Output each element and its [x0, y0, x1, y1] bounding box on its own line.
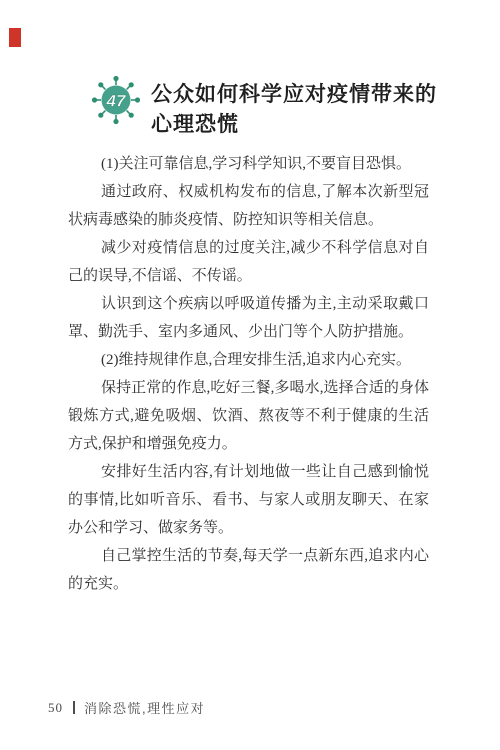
paragraph: 减少对疫情信息的过度关注,减少不科学信息对自己的误导,不信谣、不传谣。: [68, 234, 429, 290]
section-number: 47: [106, 92, 127, 111]
paragraph: 通过政府、权威机构发布的信息,了解本次新型冠状病毒感染的肺炎疫情、防控知识等相关…: [68, 178, 429, 234]
page-title: 公众如何科学应对疫情带来的 心理恐慌: [151, 70, 437, 140]
paragraph: 安排好生活内容,有计划地做一些让自己感到愉悦的事情,比如听音乐、看书、与家人或朋…: [68, 458, 429, 542]
virus-icon: 47: [88, 72, 144, 128]
paragraph: 自己掌控生活的节奏,每天学一点新东西,追求内心的充实。: [68, 542, 429, 598]
document-page: 47 公众如何科学应对疫情带来的 心理恐慌 (1)关注可靠信息,学习科学知识,不…: [0, 0, 500, 750]
page-footer: 50 消除恐慌,理性应对: [48, 698, 205, 717]
body-text: (1)关注可靠信息,学习科学知识,不要盲目恐惧。 通过政府、权威机构发布的信息,…: [68, 150, 429, 598]
footer-separator: [73, 701, 75, 714]
page-title-line2: 心理恐慌: [151, 110, 437, 140]
page-number: 50: [48, 700, 63, 716]
paragraph: (2)维持规律作息,合理安排生活,追求内心充实。: [68, 346, 429, 374]
book-title: 消除恐慌,理性应对: [84, 698, 205, 717]
bookmark-tab: [9, 28, 21, 47]
paragraph: 保持正常的作息,吃好三餐,多喝水,选择合适的身体锻炼方式,避免吸烟、饮酒、熬夜等…: [68, 374, 429, 458]
paragraph: 认识到这个疾病以呼吸道传播为主,主动采取戴口罩、勤洗手、室内多通风、少出门等个人…: [68, 290, 429, 346]
paragraph: (1)关注可靠信息,学习科学知识,不要盲目恐惧。: [68, 150, 429, 178]
page-title-line1: 公众如何科学应对疫情带来的: [151, 80, 437, 110]
section-header: 47 公众如何科学应对疫情带来的 心理恐慌: [88, 70, 437, 140]
